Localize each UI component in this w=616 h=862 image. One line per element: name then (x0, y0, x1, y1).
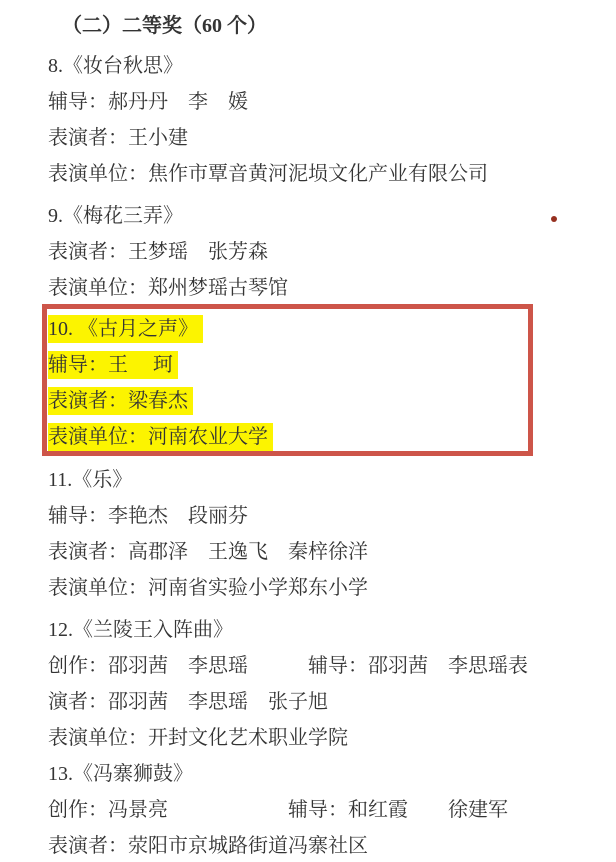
entry-line-unit: 表演单位：开封文化艺术职业学院 (48, 720, 616, 756)
entry-line-unit: 表演单位：焦作市覃音黄河泥埙文化产业有限公司 (48, 156, 616, 192)
entry-title: 9.《梅花三弄》 (48, 198, 616, 234)
document-page: （二）二等奖（60 个） 8.《妆台秋思》 辅导：郝丹丹 李 媛 表演者：王小建… (0, 0, 616, 862)
highlight-annotation-box: 10. 《古月之声》 辅导：王 珂 表演者：梁春杰 表演单位：河南农业大学 (42, 304, 533, 456)
entry-line-tutor: 辅导：郝丹丹 李 媛 (48, 84, 616, 120)
entry-title: 12.《兰陵王入阵曲》 (48, 612, 616, 648)
entry-title: 10. 《古月之声》 (48, 311, 528, 347)
entry-11: 11.《乐》 辅导：李艳杰 段丽芬 表演者：高郡泽 王逸飞 秦梓徐洋 表演单位：… (48, 462, 616, 606)
entry-line-performer: 表演者：高郡泽 王逸飞 秦梓徐洋 (48, 534, 616, 570)
entry-line-performer: 表演者：王小建 (48, 120, 616, 156)
red-dot-mark (551, 216, 557, 222)
entry-title: 11.《乐》 (48, 462, 616, 498)
entry-line-tutor: 辅导：王 珂 (48, 347, 528, 383)
entry-line-tutor: 辅导：李艳杰 段丽芬 (48, 498, 616, 534)
entry-8: 8.《妆台秋思》 辅导：郝丹丹 李 媛 表演者：王小建 表演单位：焦作市覃音黄河… (48, 48, 616, 192)
entry-line-unit: 表演单位：河南农业大学 (48, 419, 528, 455)
entry-9: 9.《梅花三弄》 表演者：王梦瑶 张芳森 表演单位：郑州梦瑶古琴馆 (48, 198, 616, 306)
section-heading: （二）二等奖（60 个） (48, 8, 616, 44)
highlighted-text: 10. 《古月之声》 (48, 315, 203, 343)
entry-12: 12.《兰陵王入阵曲》 创作：邵羽茜 李思瑶 辅导：邵羽茜 李思瑶表 演者：邵羽… (48, 612, 616, 756)
entry-line-performer: 演者：邵羽茜 李思瑶 张子旭 (48, 684, 616, 720)
highlighted-text: 表演者：梁春杰 (48, 387, 193, 415)
entry-line-performer: 表演者：梁春杰 (48, 383, 528, 419)
entry-line-creator-tutor: 创作：邵羽茜 李思瑶 辅导：邵羽茜 李思瑶表 (48, 648, 616, 684)
entry-title: 13.《冯寨狮鼓》 (48, 756, 616, 792)
entry-line-performer: 表演者：王梦瑶 张芳森 (48, 234, 616, 270)
entry-title: 8.《妆台秋思》 (48, 48, 616, 84)
entry-line-creator-tutor: 创作：冯景亮 辅导：和红霞 徐建军 (48, 792, 616, 828)
highlighted-text: 表演单位：河南农业大学 (48, 423, 273, 451)
entry-10: 10. 《古月之声》 辅导：王 珂 表演者：梁春杰 表演单位：河南农业大学 (48, 311, 528, 455)
entry-line-unit: 表演单位：河南省实验小学郑东小学 (48, 570, 616, 606)
highlighted-text: 辅导：王 珂 (48, 351, 178, 379)
entry-line-unit: 表演单位：郑州梦瑶古琴馆 (48, 270, 616, 306)
entry-13: 13.《冯寨狮鼓》 创作：冯景亮 辅导：和红霞 徐建军 表演者：荥阳市京城路街道… (48, 756, 616, 862)
entry-line-performer: 表演者：荥阳市京城路街道冯寨社区 (48, 828, 616, 862)
